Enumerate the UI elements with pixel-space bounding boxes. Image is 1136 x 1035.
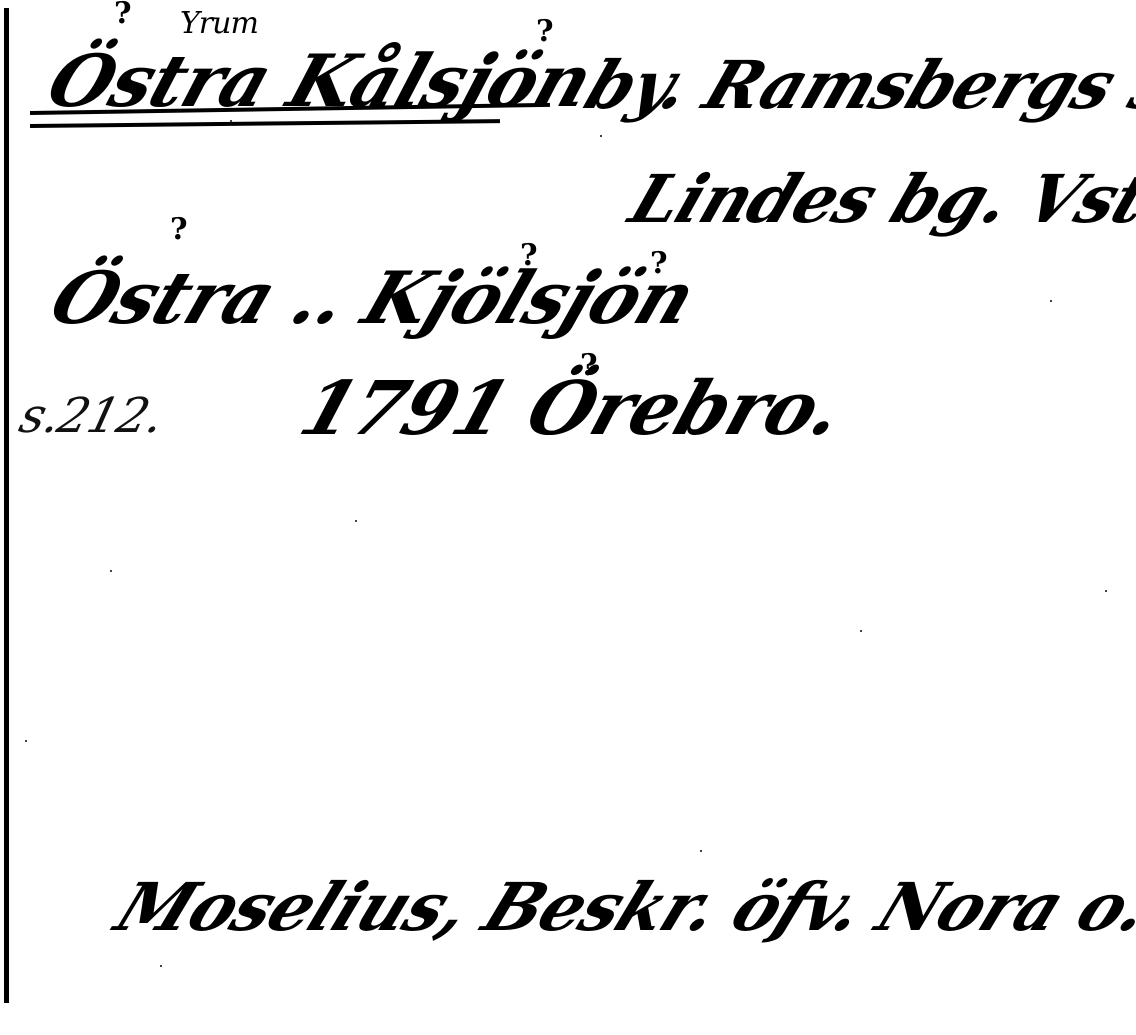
index-card: ? ? ? ? ? ? Yrum Östra Kålsjön by. Ramsb… bbox=[0, 0, 1136, 1035]
scan-speck bbox=[600, 135, 602, 137]
location-note-line2: Lindes bg. Vst. bbox=[620, 160, 1136, 238]
year-and-place: 1791 Örebro. bbox=[290, 366, 853, 452]
scan-speck bbox=[860, 630, 862, 632]
card-left-border bbox=[4, 8, 9, 1003]
title-insertion: Yrum bbox=[180, 6, 258, 41]
source-citation: Moselius, Beskr. öfv. Nora o. Lindes bg. bbox=[105, 868, 1136, 946]
scan-speck bbox=[230, 120, 232, 122]
query-mark: ? bbox=[170, 212, 188, 247]
page-reference: s.212. bbox=[14, 388, 169, 444]
scan-speck bbox=[700, 850, 702, 852]
query-mark: ? bbox=[114, 0, 132, 31]
location-note: by. Ramsbergs sn. bbox=[575, 46, 1136, 124]
scan-speck bbox=[355, 520, 357, 522]
variant-form: Östra .. Kjölsjön bbox=[40, 255, 706, 340]
scan-speck bbox=[1105, 590, 1107, 592]
scan-speck bbox=[1050, 300, 1052, 302]
scan-speck bbox=[25, 740, 27, 742]
scan-speck bbox=[160, 965, 162, 967]
scan-speck bbox=[110, 570, 112, 572]
